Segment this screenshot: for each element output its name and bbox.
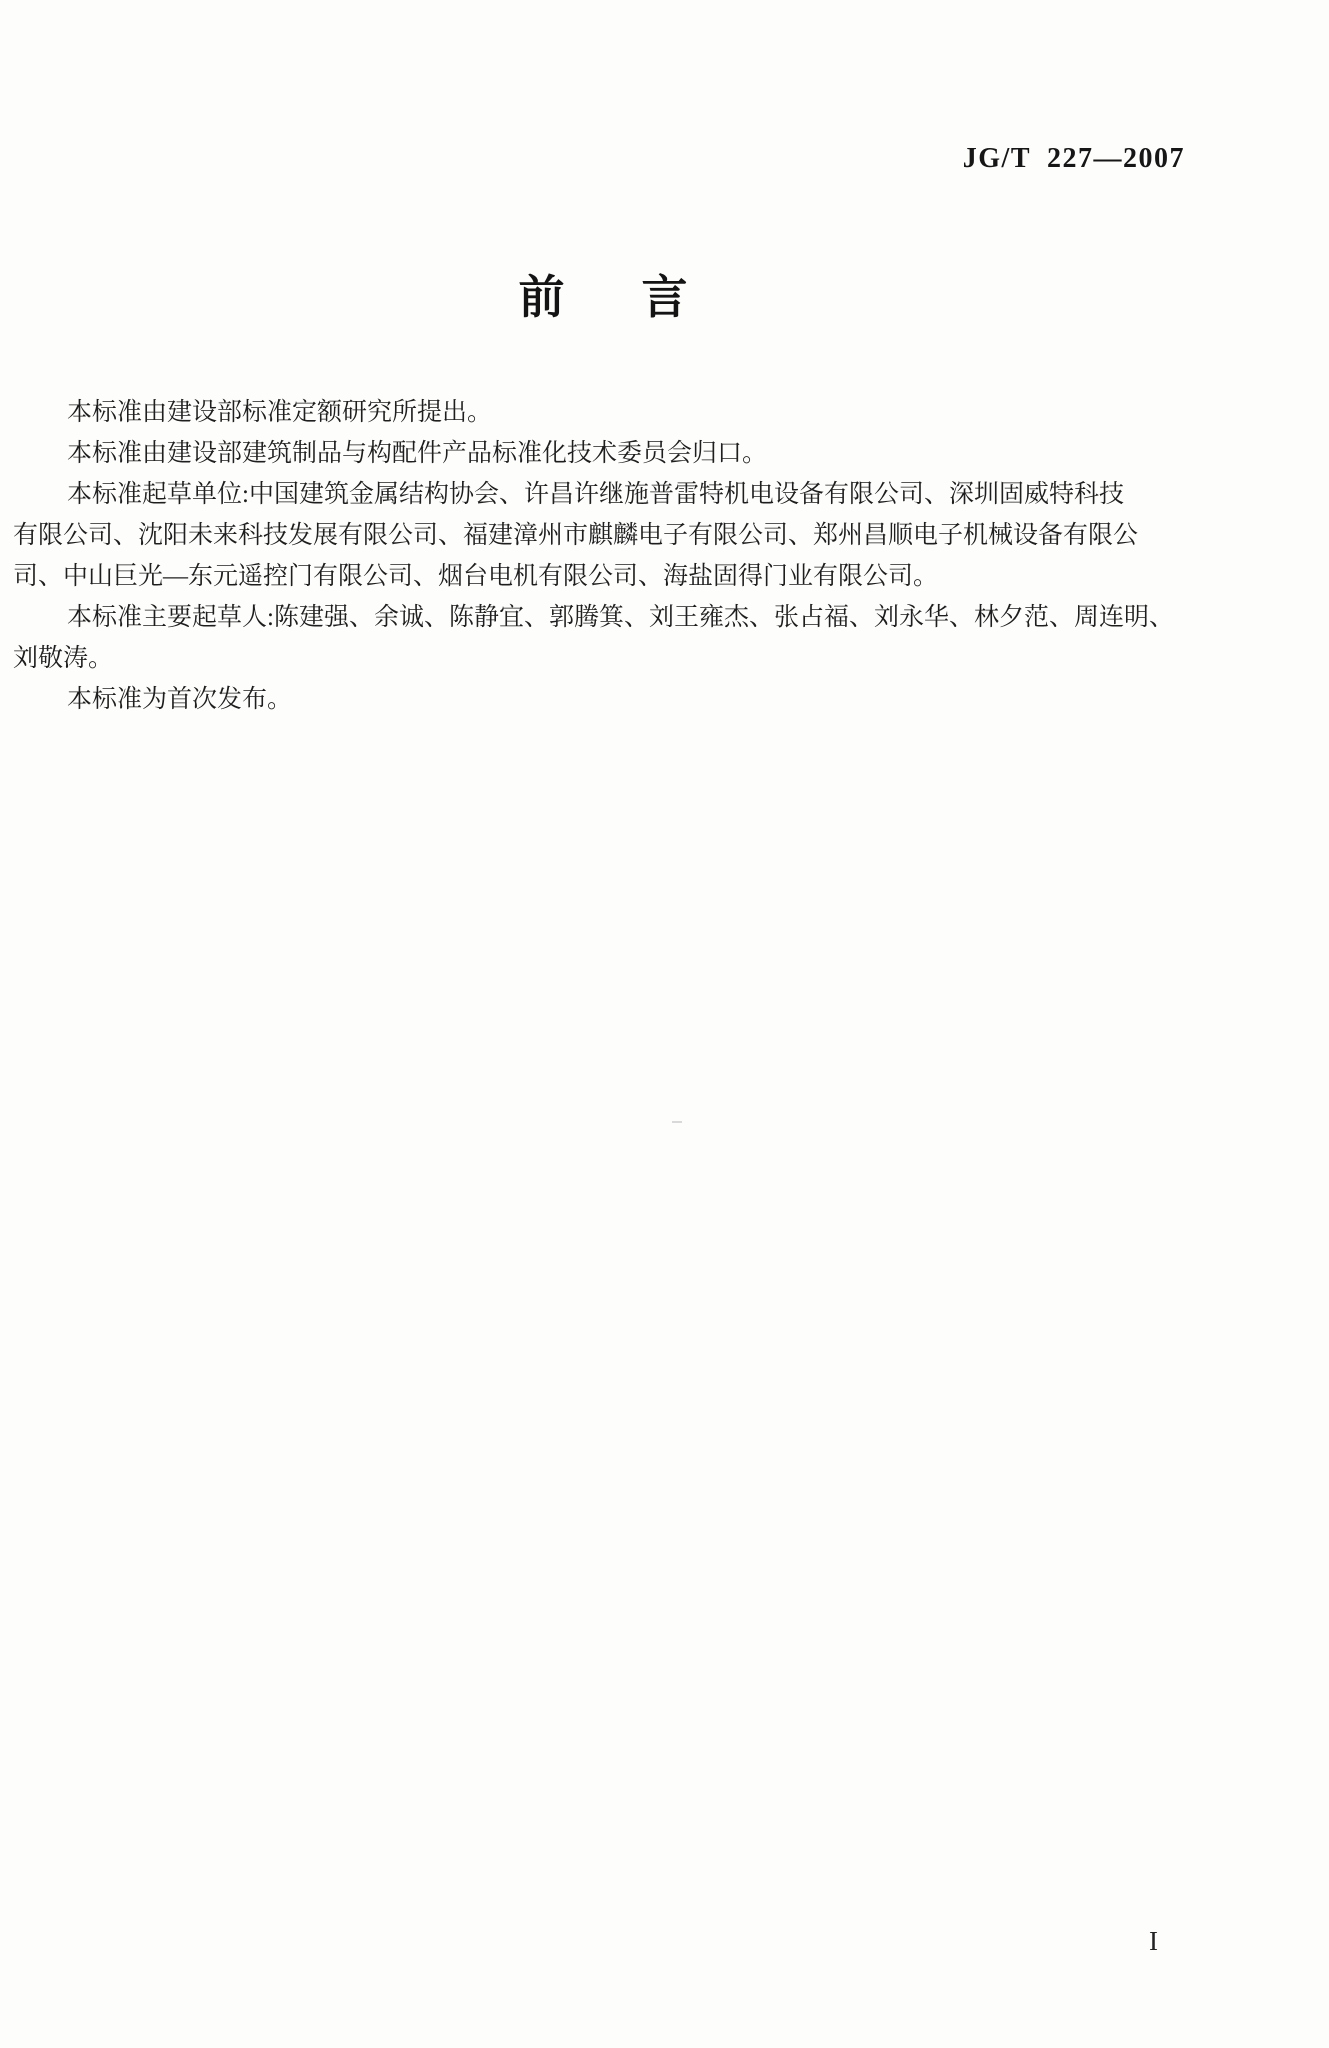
foreword-line-7: 刘敬涛。 <box>13 638 1193 679</box>
foreword-line-5: 司、中山巨光—东元遥控门有限公司、烟台电机有限公司、海盐固得门业有限公司。 <box>13 556 1193 597</box>
foreword-body: 本标准由建设部标准定额研究所提出。 本标准由建设部建筑制品与构配件产品标准化技术… <box>13 392 1193 720</box>
foreword-title: 前言 <box>13 271 1193 323</box>
page-number: I <box>1149 1926 1158 1957</box>
scan-artifact <box>672 1121 682 1123</box>
foreword-line-2: 本标准由建设部建筑制品与构配件产品标准化技术委员会归口。 <box>13 433 1193 474</box>
foreword-line-4: 有限公司、沈阳未来科技发展有限公司、福建漳州市麒麟电子有限公司、郑州昌顺电子机械… <box>13 515 1193 556</box>
foreword-line-1: 本标准由建设部标准定额研究所提出。 <box>13 392 1193 433</box>
foreword-line-8: 本标准为首次发布。 <box>13 679 1193 720</box>
foreword-line-6: 本标准主要起草人:陈建强、余诚、陈静宜、郭腾箕、刘王雍杰、张占福、刘永华、林夕范… <box>13 597 1193 638</box>
foreword-title-char-1: 前 <box>519 271 565 323</box>
foreword-title-char-2: 言 <box>642 271 688 323</box>
foreword-line-3: 本标准起草单位:中国建筑金属结构协会、许昌许继施普雷特机电设备有限公司、深圳固威… <box>13 474 1193 515</box>
document-page: JG/T 227—2007 前言 本标准由建设部标准定额研究所提出。 本标准由建… <box>0 0 1329 2048</box>
standard-number-header: JG/T 227—2007 <box>963 143 1185 175</box>
